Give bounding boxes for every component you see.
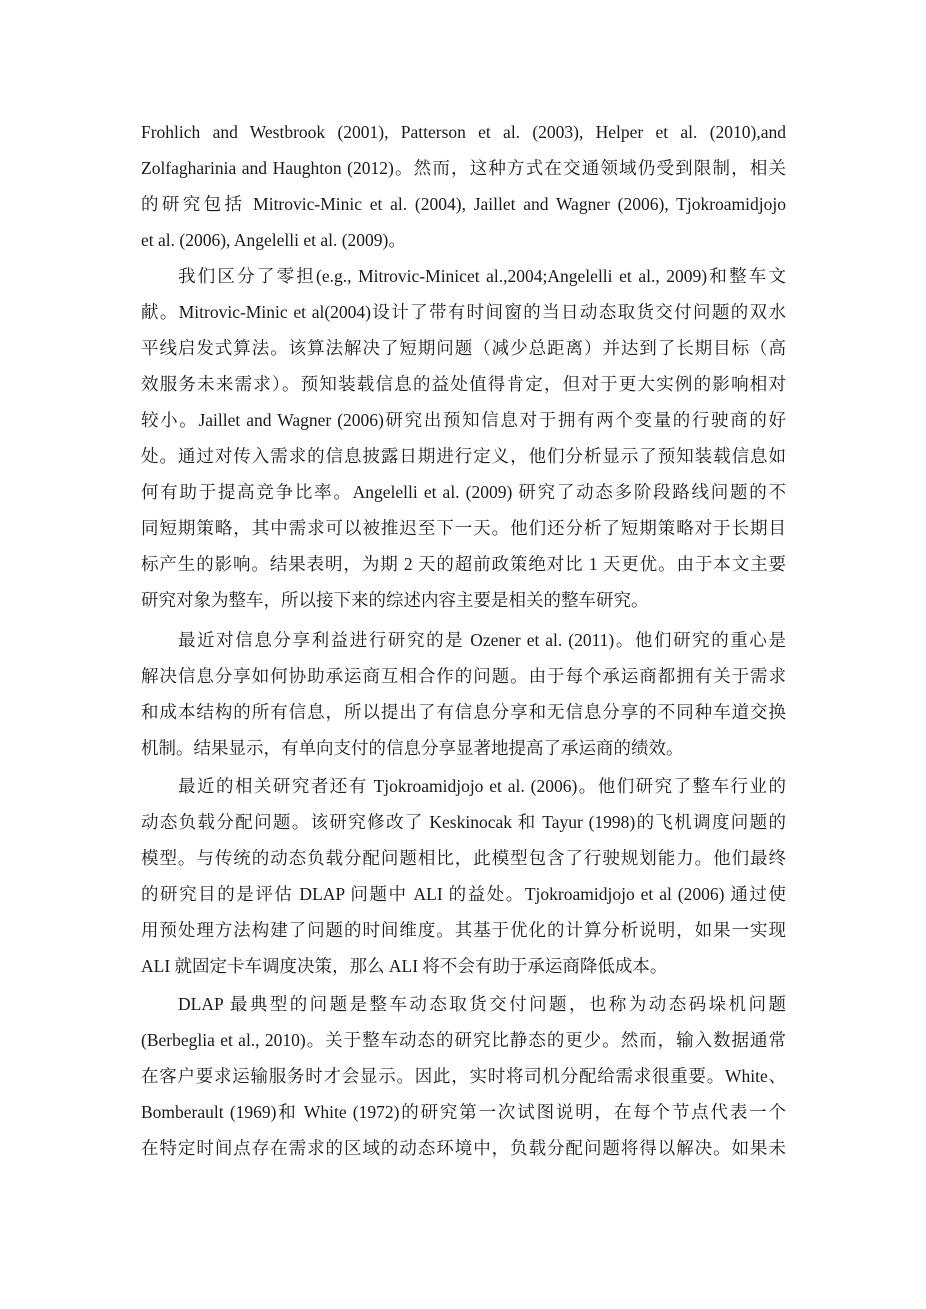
paragraph-3-line-2: 解决信息分享如何协助承运商互相合作的问题。由于每个承运商都拥有关于需求 xyxy=(141,661,786,691)
paragraph-2-line-1: 我们区分了零担(e.g., Mitrovic-Minicet al.,2004;… xyxy=(178,261,786,291)
paragraph-2-line-3: 平线启发式算法。该算法解决了短期问题（减少总距离）并达到了长期目标（高 xyxy=(141,333,786,363)
paragraph-3-line-1: 最近对信息分享利益进行研究的是 Ozener et al. (2011)。他们研… xyxy=(178,625,786,655)
paragraph-1-line-2: Zolfagharinia and Haughton (2012)。然而，这种方… xyxy=(141,153,786,183)
paragraph-2-line-6: 处。通过对传入需求的信息披露日期进行定义，他们分析显示了预知装载信息如 xyxy=(141,441,786,471)
paragraph-2-line-8: 同短期策略，其中需求可以被推迟至下一天。他们还分析了短期策略对于长期目 xyxy=(141,513,786,543)
paragraph-1-line-1: Frohlich and Westbrook (2001), Patterson… xyxy=(141,117,786,147)
paragraph-2-line-7: 何有助于提高竞争比率。Angelelli et al. (2009) 研究了动态… xyxy=(141,477,786,507)
paragraph-1-line-3: 的研究包括 Mitrovic-Minic et al. (2004), Jail… xyxy=(141,189,786,219)
paragraph-2-line-2: 献。Mitrovic-Minic et al(2004)设计了带有时间窗的当日动… xyxy=(141,297,786,327)
paragraph-5-line-1: DLAP 最典型的问题是整车动态取货交付问题，也称为动态码垛机问题 xyxy=(178,989,786,1019)
paragraph-4-line-1: 最近的相关研究者还有 Tjokroamidjojo et al. (2006)。… xyxy=(178,771,786,801)
paragraph-4-line-2: 动态负载分配问题。该研究修改了 Keskinocak 和 Tayur (1998… xyxy=(141,807,786,837)
paragraph-2-line-9: 标产生的影响。结果表明，为期 2 天的超前政策绝对比 1 天更优。由于本文主要 xyxy=(141,549,786,579)
paragraph-5-line-4: Bomberault (1969)和 White (1972)的研究第一次试图说… xyxy=(141,1097,786,1127)
paragraph-4-line-3: 模型。与传统的动态负载分配问题相比，此模型包含了行驶规划能力。他们最终 xyxy=(141,843,786,873)
paragraph-4-line-5: 用预处理方法构建了问题的时间维度。其基于优化的计算分析说明，如果一实现 xyxy=(141,915,786,945)
paragraph-3-line-4: 机制。结果显示，有单向支付的信息分享显著地提高了承运商的绩效。 xyxy=(141,733,786,763)
paragraph-2-line-10: 研究对象为整车，所以接下来的综述内容主要是相关的整车研究。 xyxy=(141,585,786,615)
paragraph-4-line-4: 的研究目的是评估 DLAP 问题中 ALI 的益处。Tjokroamidjojo… xyxy=(141,879,786,909)
paragraph-1-line-4: et al. (2006), Angelelli et al. (2009)。 xyxy=(141,225,786,255)
paragraph-3-line-3: 和成本结构的所有信息，所以提出了有信息分享和无信息分享的不同种车道交换 xyxy=(141,697,786,727)
paragraph-5-line-3: 在客户要求运输服务时才会显示。因此，实时将司机分配给需求很重要。White、 xyxy=(141,1061,786,1091)
paragraph-2-line-4: 效服务未来需求）。预知装载信息的益处值得肯定，但对于更大实例的影响相对 xyxy=(141,369,786,399)
paragraph-2-line-5: 较小。Jaillet and Wagner (2006)研究出预知信息对于拥有两… xyxy=(141,405,786,435)
paragraph-4-line-6: ALI 就固定卡车调度决策，那么 ALI 将不会有助于承运商降低成本。 xyxy=(141,951,786,981)
paragraph-5-line-2: (Berbeglia et al., 2010)。关于整车动态的研究比静态的更少… xyxy=(141,1025,786,1055)
paragraph-5-line-5: 在特定时间点存在需求的区域的动态环境中，负载分配问题将得以解决。如果未 xyxy=(141,1133,786,1163)
document-page: Frohlich and Westbrook (2001), Patterson… xyxy=(0,0,926,1309)
